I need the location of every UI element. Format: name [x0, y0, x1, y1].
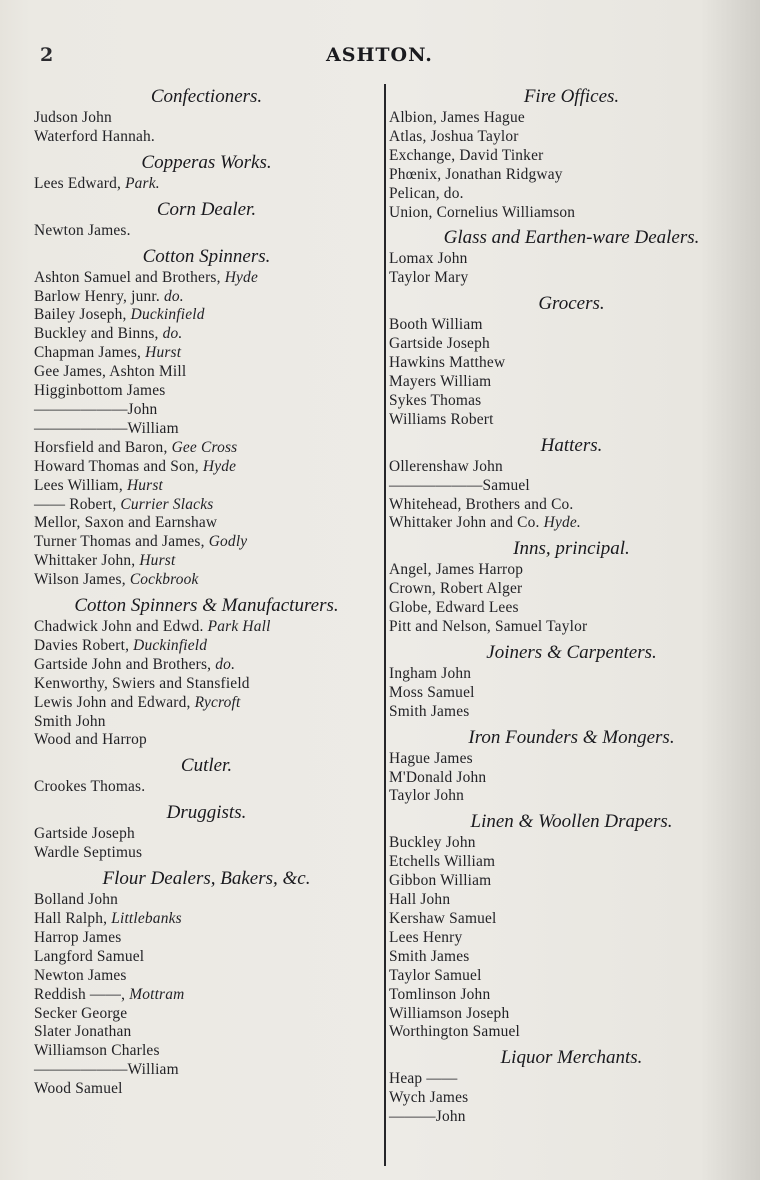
directory-entry: Gartside Joseph [34, 825, 379, 844]
entry-name: Williamson Charles [34, 1042, 160, 1059]
entry-name: Slater Jonathan [34, 1023, 131, 1040]
entry-name: Booth William [389, 316, 483, 333]
entry-name: Ingham John [389, 665, 471, 682]
entry-place: Currier Slacks [120, 496, 213, 513]
entry-place: Hurst [139, 552, 175, 569]
entry-name: Buckley and Binns, [34, 325, 163, 342]
directory-entry: Howard Thomas and Son, Hyde [34, 458, 379, 477]
entry-place: Hurst [145, 344, 181, 361]
entry-name: Gartside John and Brothers, [34, 656, 215, 673]
directory-entry: Kenworthy, Swiers and Stansfield [34, 675, 379, 694]
directory-entry: Mellor, Saxon and Earnshaw [34, 514, 379, 533]
directory-entry: Smith John [34, 713, 379, 732]
section-heading: Flour Dealers, Bakers, &c. [34, 868, 379, 890]
entry-name: Smith James [389, 948, 469, 965]
section-gap [389, 430, 754, 433]
entry-name: Bailey Joseph, [34, 306, 131, 323]
entry-name: Gibbon William [389, 872, 491, 889]
directory-entry: Exchange, David Tinker [389, 147, 754, 166]
entry-name: Albion, James Hague [389, 109, 525, 126]
directory-entry: Whittaker John and Co. Hyde. [389, 514, 754, 533]
directory-section: Flour Dealers, Bakers, &c.Bolland JohnHa… [34, 868, 379, 1102]
directory-entry: Worthington Samuel [389, 1023, 754, 1042]
entry-name: Hawkins Matthew [389, 354, 505, 371]
entry-place: do. [164, 288, 184, 305]
entry-name: Williams Robert [389, 411, 494, 428]
entry-name: Angel, James Harrop [389, 561, 523, 578]
directory-entry: Taylor John [389, 787, 754, 806]
entry-name: Turner Thomas and James, [34, 533, 209, 550]
directory-entry: ——————William [34, 420, 379, 439]
directory-entry: Turner Thomas and James, Godly [34, 533, 379, 552]
directory-entry: Buckley and Binns, do. [34, 325, 379, 344]
directory-entry: Lees William, Hurst [34, 477, 379, 496]
entry-name: Higginbottom James [34, 382, 165, 399]
section-heading: Cotton Spinners. [34, 246, 379, 268]
entry-name: Lees Edward, [34, 175, 125, 192]
directory-entry: Lees Henry [389, 929, 754, 948]
entry-name: Lees Henry [389, 929, 462, 946]
directory-entry: Newton James. [34, 222, 379, 241]
section-gap [34, 863, 379, 866]
entry-place: Mottram [129, 986, 184, 1003]
entry-place: Hyde [203, 458, 236, 475]
directory-entry: Gee James, Ashton Mill [34, 363, 379, 382]
directory-entry: Crookes Thomas. [34, 778, 379, 797]
directory-entry: Wood Samuel [34, 1080, 379, 1099]
directory-entry: Slater Jonathan [34, 1023, 379, 1042]
section-gap [389, 222, 754, 225]
entry-place: Park Hall [208, 618, 271, 635]
entry-name: Gartside Joseph [34, 825, 135, 842]
left-column: Confectioners.Judson JohnWaterford Hanna… [34, 84, 379, 1102]
directory-entry: Gartside Joseph [389, 335, 754, 354]
section-gap [389, 1042, 754, 1045]
directory-entry: Wood and Harrop [34, 731, 379, 750]
directory-entry: Williams Robert [389, 411, 754, 430]
section-heading: Cutler. [34, 755, 379, 777]
entry-name: ——————William [34, 420, 179, 437]
directory-entry: Phœnix, Jonathan Ridgway [389, 166, 754, 185]
directory-entry: Sykes Thomas [389, 392, 754, 411]
directory-section: Liquor Merchants.Heap ——Wych James———Joh… [389, 1047, 754, 1130]
section-heading: Liquor Merchants. [389, 1047, 754, 1069]
entry-name: Smith James [389, 703, 469, 720]
entry-name: Union, Cornelius Williamson [389, 204, 575, 221]
directory-section: Iron Founders & Mongers.Hague JamesM'Don… [389, 727, 754, 810]
entry-name: Lomax John [389, 250, 468, 267]
entry-name: Davies Robert, [34, 637, 133, 654]
directory-entry: Secker George [34, 1005, 379, 1024]
entry-name: Mellor, Saxon and Earnshaw [34, 514, 217, 531]
entry-name: Wood and Harrop [34, 731, 147, 748]
directory-entry: Reddish ——, Mottram [34, 986, 379, 1005]
entry-place: do. [163, 325, 183, 342]
directory-entry: ——————William [34, 1061, 379, 1080]
directory-entry: Horsfield and Baron, Gee Cross [34, 439, 379, 458]
right-column: Fire Offices.Albion, James HagueAtlas, J… [389, 84, 754, 1130]
entry-name: Secker George [34, 1005, 127, 1022]
directory-entry: Williamson Joseph [389, 1005, 754, 1024]
directory-entry: Gartside John and Brothers, do. [34, 656, 379, 675]
section-heading: Druggists. [34, 802, 379, 824]
entry-name: Smith John [34, 713, 106, 730]
entry-name: M'Donald John [389, 769, 486, 786]
directory-entry: Lees Edward, Park. [34, 175, 379, 194]
directory-entry: Hawkins Matthew [389, 354, 754, 373]
directory-entry: Wych James [389, 1089, 754, 1108]
entry-place: Gee Cross [172, 439, 238, 456]
directory-section: Cutler.Crookes Thomas. [34, 755, 379, 800]
directory-entry: Ingham John [389, 665, 754, 684]
directory-entry: Buckley John [389, 834, 754, 853]
entry-name: Tomlinson John [389, 986, 490, 1003]
entry-place: Hyde [225, 269, 258, 286]
section-heading: Corn Dealer. [34, 199, 379, 221]
directory-entry: Etchells William [389, 853, 754, 872]
directory-entry: Booth William [389, 316, 754, 335]
entry-name: Whittaker John, [34, 552, 139, 569]
entry-place: Cockbrook [130, 571, 199, 588]
entry-name: Exchange, David Tinker [389, 147, 543, 164]
section-heading: Fire Offices. [389, 86, 754, 108]
entry-place: Rycroft [195, 694, 241, 711]
directory-section: Inns, principal.Angel, James HarropCrown… [389, 538, 754, 640]
entry-name: Harrop James [34, 929, 121, 946]
section-gap [389, 533, 754, 536]
entry-name: Globe, Edward Lees [389, 599, 519, 616]
directory-entry: Albion, James Hague [389, 109, 754, 128]
directory-entry: Atlas, Joshua Taylor [389, 128, 754, 147]
entry-name: Kenworthy, Swiers and Stansfield [34, 675, 250, 692]
entry-name: Lees William, [34, 477, 127, 494]
directory-entry: Crown, Robert Alger [389, 580, 754, 599]
directory-entry: Hall Ralph, Littlebanks [34, 910, 379, 929]
page-number: 2 [40, 44, 53, 66]
directory-entry: Gibbon William [389, 872, 754, 891]
entry-name: Taylor Samuel [389, 967, 482, 984]
directory-entry: Ollerenshaw John [389, 458, 754, 477]
entry-name: Williamson Joseph [389, 1005, 509, 1022]
directory-entry: ——————Samuel [389, 477, 754, 496]
section-gap [389, 288, 754, 291]
entry-name: Pelican, do. [389, 185, 464, 202]
entry-name: Mayers William [389, 373, 491, 390]
directory-entry: Higginbottom James [34, 382, 379, 401]
directory-entry: Newton James [34, 967, 379, 986]
section-gap [34, 147, 379, 150]
directory-entry: Langford Samuel [34, 948, 379, 967]
entry-place: Duckinfield [133, 637, 207, 654]
entry-name: Taylor Mary [389, 269, 468, 286]
directory-entry: Smith James [389, 948, 754, 967]
entry-name: Heap —— [389, 1070, 458, 1087]
entry-name: Pitt and Nelson, Samuel Taylor [389, 618, 587, 635]
directory-section: Copperas Works.Lees Edward, Park. [34, 152, 379, 197]
entry-name: Barlow Henry, junr. [34, 288, 164, 305]
entry-name: Judson John [34, 109, 112, 126]
section-gap [34, 797, 379, 800]
directory-entry: Moss Samuel [389, 684, 754, 703]
entry-name: Etchells William [389, 853, 495, 870]
directory-section: Glass and Earthen-ware Dealers.Lomax Joh… [389, 227, 754, 291]
directory-entry: Davies Robert, Duckinfield [34, 637, 379, 656]
entry-name: Whitehead, Brothers and Co. [389, 496, 573, 513]
directory-entry: Lomax John [389, 250, 754, 269]
entry-name: Horsfield and Baron, [34, 439, 172, 456]
directory-entry: Ashton Samuel and Brothers, Hyde [34, 269, 379, 288]
entry-name: Reddish ——, [34, 986, 129, 1003]
entry-name: Crown, Robert Alger [389, 580, 522, 597]
directory-entry: ———John [389, 1108, 754, 1127]
directory-entry: Williamson Charles [34, 1042, 379, 1061]
entry-name: Langford Samuel [34, 948, 144, 965]
directory-entry: Hague James [389, 750, 754, 769]
entry-name: ——————William [34, 1061, 179, 1078]
directory-section: Druggists.Gartside JosephWardle Septimus [34, 802, 379, 866]
directory-section: Cotton Spinners & Manufacturers.Chadwick… [34, 595, 379, 753]
entry-name: Wood Samuel [34, 1080, 123, 1097]
entry-place: Park. [125, 175, 160, 192]
entry-name: Hague James [389, 750, 473, 767]
entry-name: Buckley John [389, 834, 476, 851]
directory-entry: Hall John [389, 891, 754, 910]
directory-entry: Union, Cornelius Williamson [389, 204, 754, 223]
section-heading: Joiners & Carpenters. [389, 642, 754, 664]
running-head: ASHTON. [326, 44, 433, 66]
entry-name: ——————Samuel [389, 477, 530, 494]
entry-name: Newton James. [34, 222, 131, 239]
entry-name: Atlas, Joshua Taylor [389, 128, 519, 145]
entry-name: Gee James, Ashton Mill [34, 363, 186, 380]
directory-section: Corn Dealer.Newton James. [34, 199, 379, 244]
entry-name: Lewis John and Edward, [34, 694, 195, 711]
column-divider [384, 84, 386, 1166]
directory-entry: Angel, James Harrop [389, 561, 754, 580]
directory-entry: ——————John [34, 401, 379, 420]
directory-section: Cotton Spinners.Ashton Samuel and Brothe… [34, 246, 379, 593]
entry-name: Gartside Joseph [389, 335, 490, 352]
section-heading: Iron Founders & Mongers. [389, 727, 754, 749]
entry-name: ———John [389, 1108, 466, 1125]
directory-entry: Harrop James [34, 929, 379, 948]
section-heading: Glass and Earthen-ware Dealers. [389, 227, 754, 249]
entry-name: Newton James [34, 967, 127, 984]
directory-entry: Barlow Henry, junr. do. [34, 288, 379, 307]
entry-place: Hyde. [544, 514, 581, 531]
directory-entry: Tomlinson John [389, 986, 754, 1005]
directory-section: Linen & Woollen Drapers.Buckley JohnEtch… [389, 811, 754, 1045]
directory-section: Confectioners.Judson JohnWaterford Hanna… [34, 86, 379, 150]
directory-entry: Waterford Hannah. [34, 128, 379, 147]
entry-name: Worthington Samuel [389, 1023, 520, 1040]
section-heading: Copperas Works. [34, 152, 379, 174]
section-heading: Cotton Spinners & Manufacturers. [34, 595, 379, 617]
directory-entry: Chadwick John and Edwd. Park Hall [34, 618, 379, 637]
section-gap [34, 241, 379, 244]
section-gap [389, 722, 754, 725]
section-heading: Grocers. [389, 293, 754, 315]
entry-name: Whittaker John and Co. [389, 514, 544, 531]
directory-entry: Smith James [389, 703, 754, 722]
entry-name: Hall John [389, 891, 450, 908]
section-gap [389, 806, 754, 809]
directory-entry: Chapman James, Hurst [34, 344, 379, 363]
entry-name: Bolland John [34, 891, 118, 908]
entry-name: —— Robert, [34, 496, 120, 513]
entry-name: Waterford Hannah. [34, 128, 155, 145]
entry-name: Sykes Thomas [389, 392, 481, 409]
directory-section: Hatters.Ollerenshaw John——————SamuelWhit… [389, 435, 754, 537]
entry-place: Godly [209, 533, 248, 550]
section-gap [34, 750, 379, 753]
entry-name: Wilson James, [34, 571, 130, 588]
directory-entry: Taylor Mary [389, 269, 754, 288]
directory-entry: Lewis John and Edward, Rycroft [34, 694, 379, 713]
section-gap [34, 1099, 379, 1102]
directory-entry: Pitt and Nelson, Samuel Taylor [389, 618, 754, 637]
entry-name: Wardle Septimus [34, 844, 142, 861]
section-gap [389, 1127, 754, 1130]
entry-place: Littlebanks [111, 910, 182, 927]
section-gap [34, 590, 379, 593]
entry-name: Kershaw Samuel [389, 910, 497, 927]
directory-entry: Wardle Septimus [34, 844, 379, 863]
entry-place: do. [215, 656, 235, 673]
section-heading: Confectioners. [34, 86, 379, 108]
section-heading: Inns, principal. [389, 538, 754, 560]
entry-name: Wych James [389, 1089, 468, 1106]
entry-name: Taylor John [389, 787, 464, 804]
entry-name: Crookes Thomas. [34, 778, 145, 795]
directory-entry: Bailey Joseph, Duckinfield [34, 306, 379, 325]
directory-section: Grocers.Booth WilliamGartside JosephHawk… [389, 293, 754, 432]
directory-entry: Heap —— [389, 1070, 754, 1089]
section-gap [389, 637, 754, 640]
entry-name: Howard Thomas and Son, [34, 458, 203, 475]
section-gap [34, 194, 379, 197]
entry-name: Phœnix, Jonathan Ridgway [389, 166, 563, 183]
entry-name: Moss Samuel [389, 684, 475, 701]
directory-section: Fire Offices.Albion, James HagueAtlas, J… [389, 86, 754, 225]
directory-entry: Kershaw Samuel [389, 910, 754, 929]
directory-entry: Judson John [34, 109, 379, 128]
directory-entry: M'Donald John [389, 769, 754, 788]
directory-entry: Whittaker John, Hurst [34, 552, 379, 571]
directory-entry: Bolland John [34, 891, 379, 910]
directory-entry: Mayers William [389, 373, 754, 392]
directory-entry: Wilson James, Cockbrook [34, 571, 379, 590]
entry-name: Chadwick John and Edwd. [34, 618, 208, 635]
directory-entry: Globe, Edward Lees [389, 599, 754, 618]
entry-name: Ashton Samuel and Brothers, [34, 269, 225, 286]
entry-place: Duckinfield [131, 306, 205, 323]
directory-entry: Taylor Samuel [389, 967, 754, 986]
entry-place: Hurst [127, 477, 163, 494]
directory-entry: —— Robert, Currier Slacks [34, 496, 379, 515]
entry-name: ——————John [34, 401, 157, 418]
section-heading: Linen & Woollen Drapers. [389, 811, 754, 833]
directory-section: Joiners & Carpenters.Ingham JohnMoss Sam… [389, 642, 754, 725]
entry-name: Chapman James, [34, 344, 145, 361]
entry-name: Hall Ralph, [34, 910, 111, 927]
directory-entry: Whitehead, Brothers and Co. [389, 496, 754, 515]
entry-name: Ollerenshaw John [389, 458, 503, 475]
directory-entry: Pelican, do. [389, 185, 754, 204]
section-heading: Hatters. [389, 435, 754, 457]
